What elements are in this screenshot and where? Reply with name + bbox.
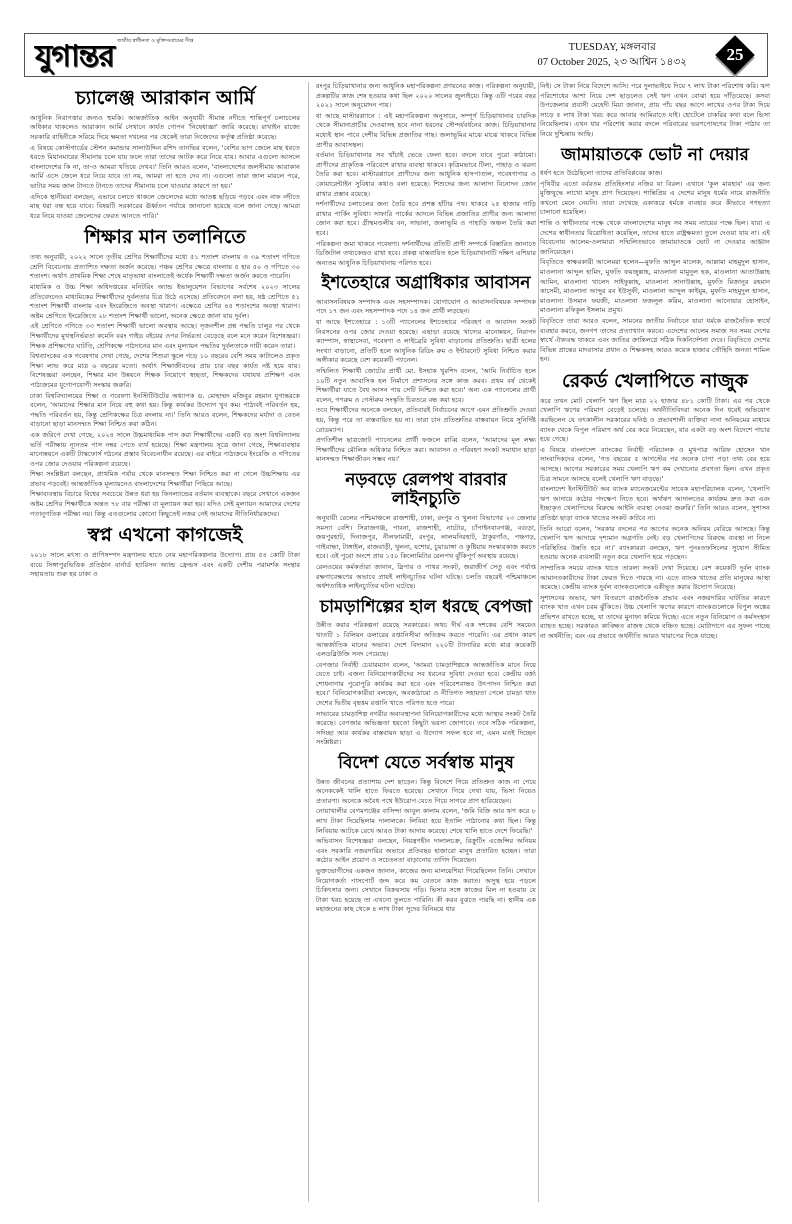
article: স্বপ্ন এখনো কাগজেই২০১৮ সালে মৎস্য ও প্রা… — [30, 525, 300, 580]
page-number: 25 — [717, 37, 753, 73]
article-paragraph: অনুযায়ী রেলের পশ্চিমাঞ্চলে রাজশাহী, ঢাক… — [316, 514, 536, 562]
article-paragraph: তবে শিক্ষার্থীদের অনেকে বলছেন, প্রতিবারই… — [316, 406, 536, 435]
article-paragraph: উন্নত জীবনের প্রত্যাশায় দেশ ছাড়েন। কিন… — [316, 778, 536, 807]
logo-tagline: জাতীয় স্বাধীনতা ও মুক্তিসংগ্রামের দীপ্ত — [117, 38, 193, 46]
article-headline: ইশতেহারে অগ্রাধিকার আবাসন — [316, 274, 536, 294]
article-paragraph: এ বিষয়ে কোস্টগার্ডের স্টেশন কমান্ডার সা… — [30, 144, 300, 192]
article-headline: জামায়াতকে ভোট না দেয়ার — [540, 146, 770, 166]
article-headline: নড়বড়ে রেলপথ বারবার লাইনচ্যুতি — [316, 471, 536, 510]
column-divider — [308, 82, 309, 1202]
newspaper-logo: যুগান্তর — [35, 40, 114, 74]
article-paragraph: বিবৃতিতে স্বাক্ষরকারী আলেমরা হলেন—মুফতি … — [540, 258, 770, 316]
article-paragraph: বাংলাদেশ ইনস্টিটিউট অব ব্যাংক ম্যানেজমেন… — [540, 485, 770, 523]
article-headline: শিক্ষার মান তলানিতে — [30, 227, 300, 249]
article-paragraph: নিই। সে টাকা নিয়ে বিদেশে আসি। পরে দুলাভ… — [540, 82, 770, 140]
article-paragraph: সাম্প্রতিক সময়ে ব্যাংক খাতে তারল্য সংকট… — [540, 564, 770, 593]
article-paragraph: আবাসনবিষয়ক সম্পাদক এবং সহসম্পাদক। যোগায… — [316, 298, 536, 317]
article: রংপুর চিড়িয়াখানার জন্য আধুনিক মহাপরিকল… — [316, 82, 536, 268]
article-paragraph: করে তখন মোট খেলাপি ঋণ ছিল মাত্র ২২ হাজার… — [540, 397, 770, 445]
article-paragraph: রংপুর চিড়িয়াখানার জন্য আধুনিক মহাপরিকল… — [316, 82, 536, 111]
article: ইশতেহারে অগ্রাধিকার আবাসনআবাসনবিষয়ক সম্… — [316, 274, 536, 465]
article: রেকর্ড খেলাপিতে নাজুককরে তখন মোট খেলাপি … — [540, 371, 770, 642]
page-number-badge: 25 — [717, 37, 753, 73]
day-bengali: মঙ্গলবার — [621, 42, 656, 53]
article-paragraph: অভিবাসন বিশেষজ্ঞরা বলছেন, নিয়ন্ত্রণহীন … — [316, 837, 536, 866]
article-paragraph: নোয়াখালীর বেগমগঞ্জের বাসিন্দা আবুল কালা… — [316, 807, 536, 836]
article-paragraph: প্রগতিশীল ছাত্রজোট প্যানেলের প্রার্থী ফজ… — [316, 436, 536, 465]
column-3: নিই। সে টাকা নিয়ে বিদেশে আসি। পরে দুলাভ… — [540, 82, 770, 643]
article: চ্যালেঞ্জ আরাকান আর্মিআধুনিক নিরাপত্তার … — [30, 88, 300, 221]
article-paragraph: ধর্ষণ হতে উঠেছিলো তাদের প্রতিবিপ্লবের কা… — [540, 169, 770, 179]
column-divider — [538, 82, 539, 1202]
article-paragraph: শিক্ষা সংশ্লিষ্টরা বলছেন, প্রাথমিক পর্যা… — [30, 470, 300, 489]
article-headline: বিদেশ যেতে সর্বস্বান্ত মানুষ — [316, 754, 536, 774]
article-paragraph: এক জরিপে দেখা গেছে, ২০২৪ সালে উচ্চমাধ্যম… — [30, 431, 300, 469]
article-paragraph: বিবৃতিতে তারা আরও বলেন, সামনের জাতীয় নি… — [540, 317, 770, 365]
article-headline: স্বপ্ন এখনো কাগজেই — [30, 525, 300, 547]
article-paragraph: উন্নীত করার পরিকল্পনা রয়েছে সরকারের। অথ… — [316, 621, 536, 659]
article-paragraph: এই শ্রেণিতে গণিতে ৩৩ শতাংশ শিক্ষার্থী ভা… — [30, 322, 300, 351]
article-paragraph: পরিকল্পনা জমা থাকবে গবেষণা। দর্শনার্থীদে… — [316, 240, 536, 269]
article: বিদেশ যেতে সর্বস্বান্ত মানুষউন্নত জীবনের… — [316, 754, 536, 915]
article-paragraph: সুশাসনের অভাব, ঋণ বিতরণে রাজনৈতিক প্রভাব… — [540, 594, 770, 642]
article: জামায়াতকে ভোট না দেয়ারধর্ষণ হতে উঠেছিল… — [540, 146, 770, 365]
article-paragraph: এদিকে স্থানীয়রা বলছেন, এভাবে চলতে থাকলে… — [30, 193, 300, 222]
article-paragraph: সম্মিলিত শিক্ষার্থী জোটের প্রার্থী মো. ই… — [316, 367, 536, 405]
article: চামড়াশিল্পের হাল ধরছে বেপজাউন্নীত করার … — [316, 598, 536, 748]
article-paragraph: আধুনিক নিরাপত্তার জন্যও হুমকি। আন্তর্জাত… — [30, 114, 300, 143]
article-paragraph: ভুক্তভোগীদের একজন জানান, কাজের জন্য মালয… — [316, 867, 536, 915]
article-headline: চামড়াশিল্পের হাল ধরছে বেপজা — [316, 598, 536, 618]
article: শিক্ষার মান তলানিতেতথ্য অনুযায়ী, ২০২২ স… — [30, 227, 300, 519]
dateline: TUESDAY, মঙ্গলবার 07 October 2025, ২৩ আশ… — [537, 40, 687, 70]
article-paragraph: শিক্ষাব্যবস্থায় বিচারে বিশ্বের সবচেয়ে … — [30, 490, 300, 519]
article-paragraph: মাধ্যমিক ও উচ্চ শিক্ষা অধিদপ্তরের মনিটরি… — [30, 283, 300, 321]
article-paragraph: বেপজার নির্বাহী চেয়ারম্যান বলেন, 'আমরা … — [316, 661, 536, 709]
article-paragraph: তিনি আরো বলেন, 'সরকার বদলের পর আগের অনেক… — [540, 525, 770, 563]
column-1: চ্যালেঞ্জ আরাকান আর্মিআধুনিক নিরাপত্তার … — [30, 82, 300, 581]
column-2: রংপুর চিড়িয়াখানার জন্য আধুনিক মহাপরিকল… — [316, 82, 536, 916]
article-paragraph: বর্তমান চিড়িয়াখানার সব খাঁচাই ভেঙে ফেল… — [316, 151, 536, 199]
article-paragraph: সাভারের চামড়াশিল্প নগরীর অব্যবস্থাপনা ব… — [316, 710, 536, 748]
article-paragraph: বিশ্বব্যাংকের এক গবেষণায় দেখা গেছে, দেশ… — [30, 352, 300, 390]
day-english: TUESDAY, — [569, 42, 618, 53]
date-text: 07 October 2025, ২৩ আশ্বিন ১৪৩২ — [537, 55, 687, 70]
article-paragraph: যা আছে ইশতেহারে : ১৩টি প্যানেলের ইশতেহার… — [316, 318, 536, 366]
article: নিই। সে টাকা নিয়ে বিদেশে আসি। পরে দুলাভ… — [540, 82, 770, 140]
article-paragraph: দর্শনার্থীদের চলাচলের জন্য তৈরি হবে প্রশ… — [316, 200, 536, 238]
article-paragraph: যা আছে মাস্টারপ্ল্যানে : এই মহাপরিকল্পনা… — [316, 112, 536, 150]
article-headline: রেকর্ড খেলাপিতে নাজুক — [540, 371, 770, 393]
article-paragraph: ঢাকা বিশ্ববিদ্যালয়ের শিক্ষা ও গবেষণা ইন… — [30, 392, 300, 430]
article-paragraph: শান্তি ও স্বাধীনতার পক্ষে থেকে বাংলাদেশে… — [540, 219, 770, 257]
article-paragraph: রেলওয়ের কর্মকর্তারা জানান, স্লিপার ও পা… — [316, 563, 536, 592]
article-paragraph: পৃথিবীর এতো বর্বরতম প্রতিহিংসার নজির যা … — [540, 180, 770, 218]
article-paragraph: ২০১৮ সালে মৎস্য ও প্রাণিসম্পদ মন্ত্রণালয… — [30, 551, 300, 580]
article: নড়বড়ে রেলপথ বারবার লাইনচ্যুতিঅনুযায়ী … — [316, 471, 536, 592]
masthead: জাতীয় স্বাধীনতা ও মুক্তিসংগ্রামের দীপ্ত… — [24, 33, 768, 77]
article-paragraph: এ বিষয়ে বাংলাদেশ ব্যাংকের নির্বাহী পরিচ… — [540, 446, 770, 484]
article-paragraph: তথ্য অনুযায়ী, ২০২২ সালে তৃতীয় শ্রেণির … — [30, 253, 300, 282]
article-headline: চ্যালেঞ্জ আরাকান আর্মি — [30, 88, 300, 110]
